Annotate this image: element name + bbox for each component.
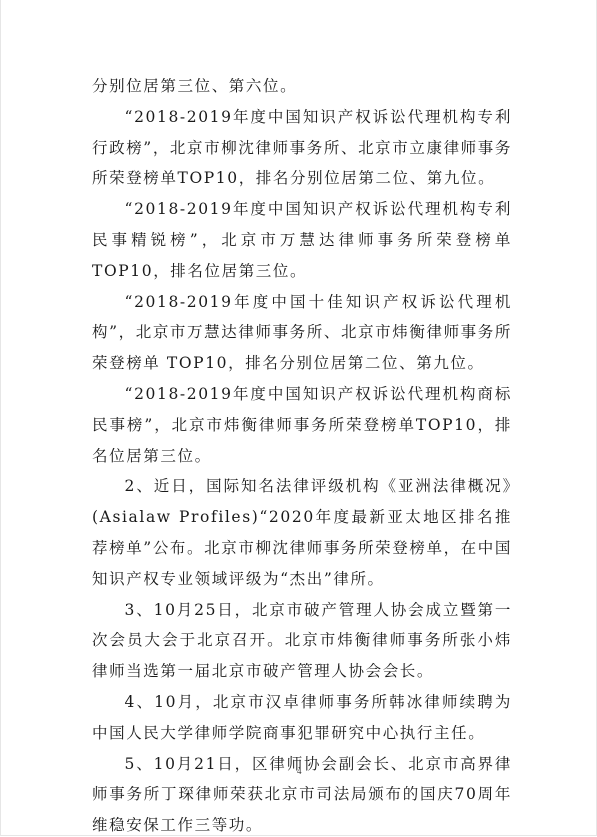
paragraph-6: 2、近日，国际知名法律评级机构《亚洲法律概况》(Asialaw Profiles… [92, 471, 512, 594]
document-body: 分别位居第三位、第六位。 “2018-2019年度中国知识产权诉讼代理机构专利行… [92, 71, 512, 837]
paragraph-2: “2018-2019年度中国知识产权诉讼代理机构专利行政榜”，北京市柳沈律师事务… [92, 102, 512, 194]
document-page: 分别位居第三位、第六位。 “2018-2019年度中国知识产权诉讼代理机构专利行… [0, 0, 597, 836]
paragraph-3: “2018-2019年度中国知识产权诉讼代理机构专利民事精锐榜”，北京市万慧达律… [92, 194, 512, 286]
paragraph-5: “2018-2019年度中国知识产权诉讼代理机构商标民事榜”，北京市炜衡律师事务… [92, 379, 512, 471]
paragraph-4: “2018-2019年度中国十佳知识产权诉讼代理机构”，北京市万慧达律师事务所、… [92, 287, 512, 379]
paragraph-9: 5、10月21日，区律师协会副会长、北京市高界律师事务所丁琛律师荣获北京市司法局… [92, 749, 512, 837]
paragraph-1: 分别位居第三位、第六位。 [92, 71, 512, 102]
paragraph-7: 3、10月25日，北京市破产管理人协会成立暨第一次会员大会于北京召开。北京市炜衡… [92, 595, 512, 687]
paragraph-8: 4、10月，北京市汉卓律师事务所韩冰律师续聘为中国人民大学律师学院商事犯罪研究中… [92, 687, 512, 749]
page-number: 4 [297, 766, 302, 776]
